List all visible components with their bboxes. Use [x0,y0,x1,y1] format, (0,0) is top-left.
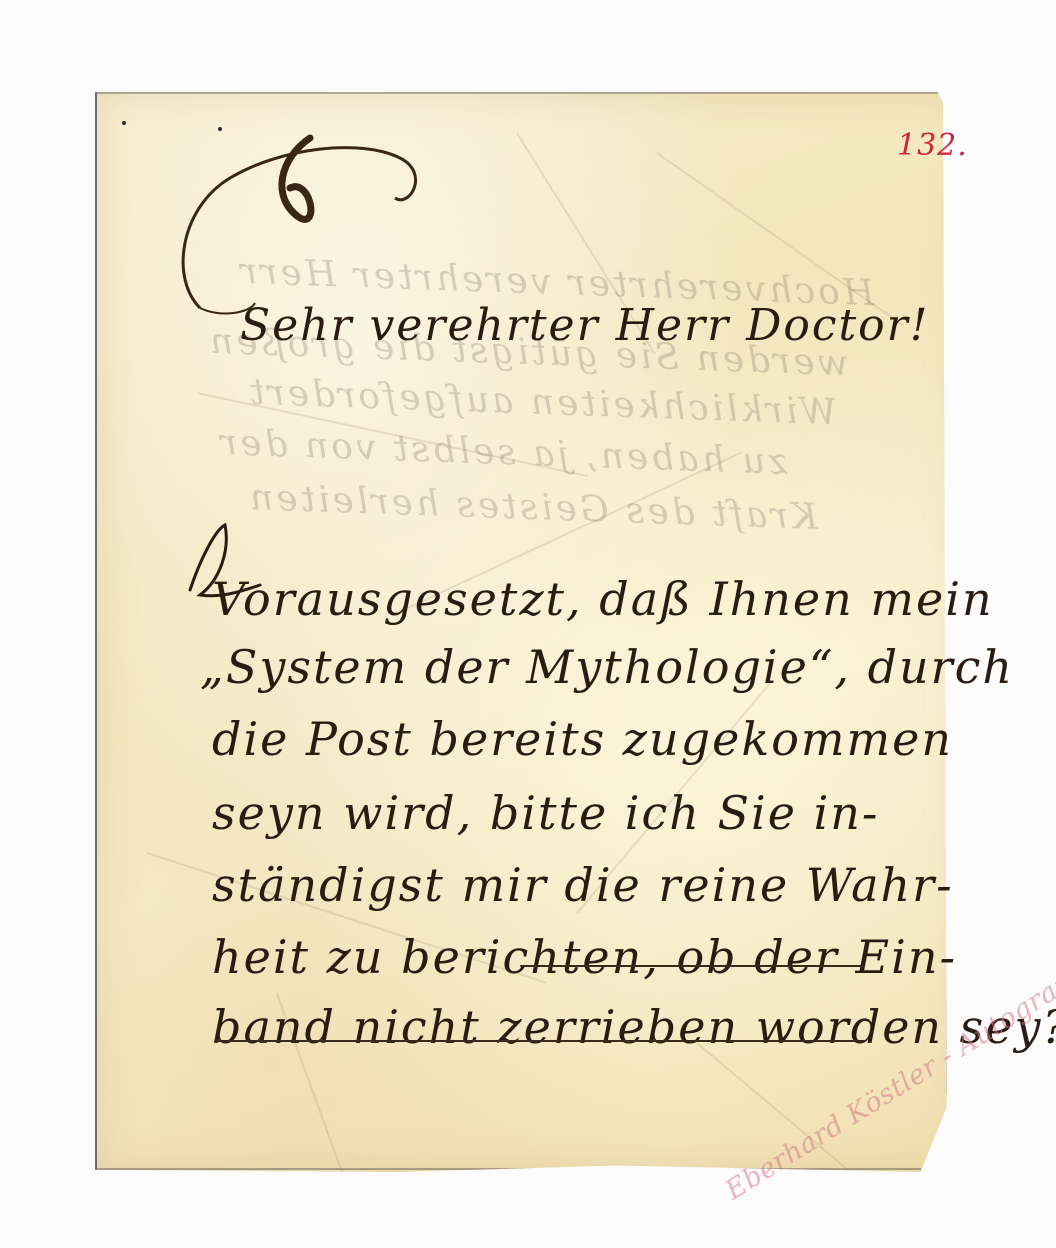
folio-number: 132. [897,128,968,163]
salutation: Sehr verehrter Herr Doctor! [240,300,929,351]
underline [216,1040,866,1042]
decorative-initial-s-icon [160,118,440,318]
letter-line: heit zu berichten, ob der Ein- [212,930,957,984]
letter-line: ständigst mir die reine Wahr- [212,858,954,912]
bleed-through-line: zu haben, ja selbst von der [216,422,788,483]
sheet-top-edge [97,92,938,94]
letter-line: die Post bereits zugekommen [212,712,953,766]
bleed-through-line: Kraft des Geistes herleiten [246,477,818,538]
ink-spot [122,121,126,125]
letter-line: seyn wird, bitte ich Sie in- [212,786,879,840]
underline [520,965,865,967]
letter-line: „System der Mythologie“, durch [200,640,1014,694]
letter-line: Vorausgesetzt, daß Ihnen mein [212,572,994,626]
scan-background: Hochverehrter verehrter Herr werden Sie … [0,0,1056,1248]
bleed-through-line: Wirklichkeiten aufgefordert [246,372,837,434]
letter-line: band nicht zerrieben worden sey? [212,1000,1056,1054]
